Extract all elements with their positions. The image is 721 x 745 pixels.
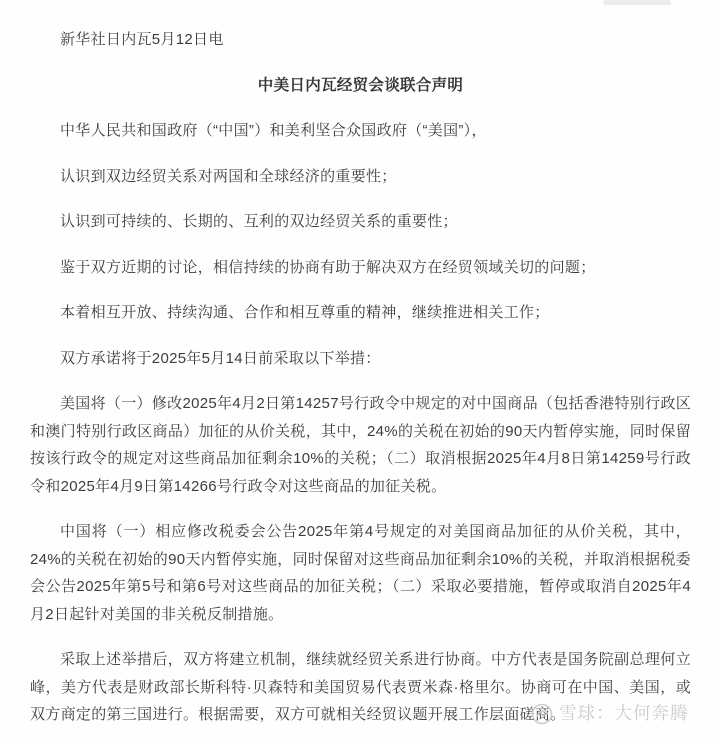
- paragraph-spirit: 本着相互开放、持续沟通、合作和相互尊重的精神，继续推进相关工作；: [30, 299, 691, 327]
- paragraph-china-measures: 中国将（一）相应修改税委会公告2025年第4号规定的对美国商品加征的从价关税，其…: [30, 518, 691, 628]
- paragraph-importance-bilateral: 认识到双边经贸关系对两国和全球经济的重要性；: [30, 163, 691, 191]
- paragraph-recent-discussions: 鉴于双方近期的讨论，相信持续的协商有助于解决双方在经贸领域关切的问题；: [30, 254, 691, 282]
- paragraph-importance-sustainable: 认识到可持续的、长期的、互利的双边经贸关系的重要性；: [30, 208, 691, 236]
- screenshot-artifact: [603, 0, 671, 5]
- article-title: 中美日内瓦经贸会谈联合声明: [30, 72, 691, 100]
- paragraph-us-measures: 美国将（一）修改2025年4月2日第14257号行政令中规定的对中国商品（包括香…: [30, 390, 691, 500]
- xueqiu-snowball-logo-icon: [531, 703, 553, 725]
- watermark: 雪球：大何奔腾: [531, 703, 689, 725]
- article-page: 新华社日内瓦5月12日电 中美日内瓦经贸会谈联合声明 中华人民共和国政府（“中国…: [0, 0, 721, 745]
- paragraph-parties: 中华人民共和国政府（“中国”）和美利坚合众国政府（“美国”），: [30, 117, 691, 145]
- paragraph-commitment-date: 双方承诺将于2025年5月14日前采取以下举措：: [30, 345, 691, 373]
- dateline: 新华社日内瓦5月12日电: [30, 26, 691, 54]
- watermark-text: 雪球：大何奔腾: [559, 705, 689, 723]
- joint-statement-article: 新华社日内瓦5月12日电 中美日内瓦经贸会谈联合声明 中华人民共和国政府（“中国…: [0, 0, 721, 729]
